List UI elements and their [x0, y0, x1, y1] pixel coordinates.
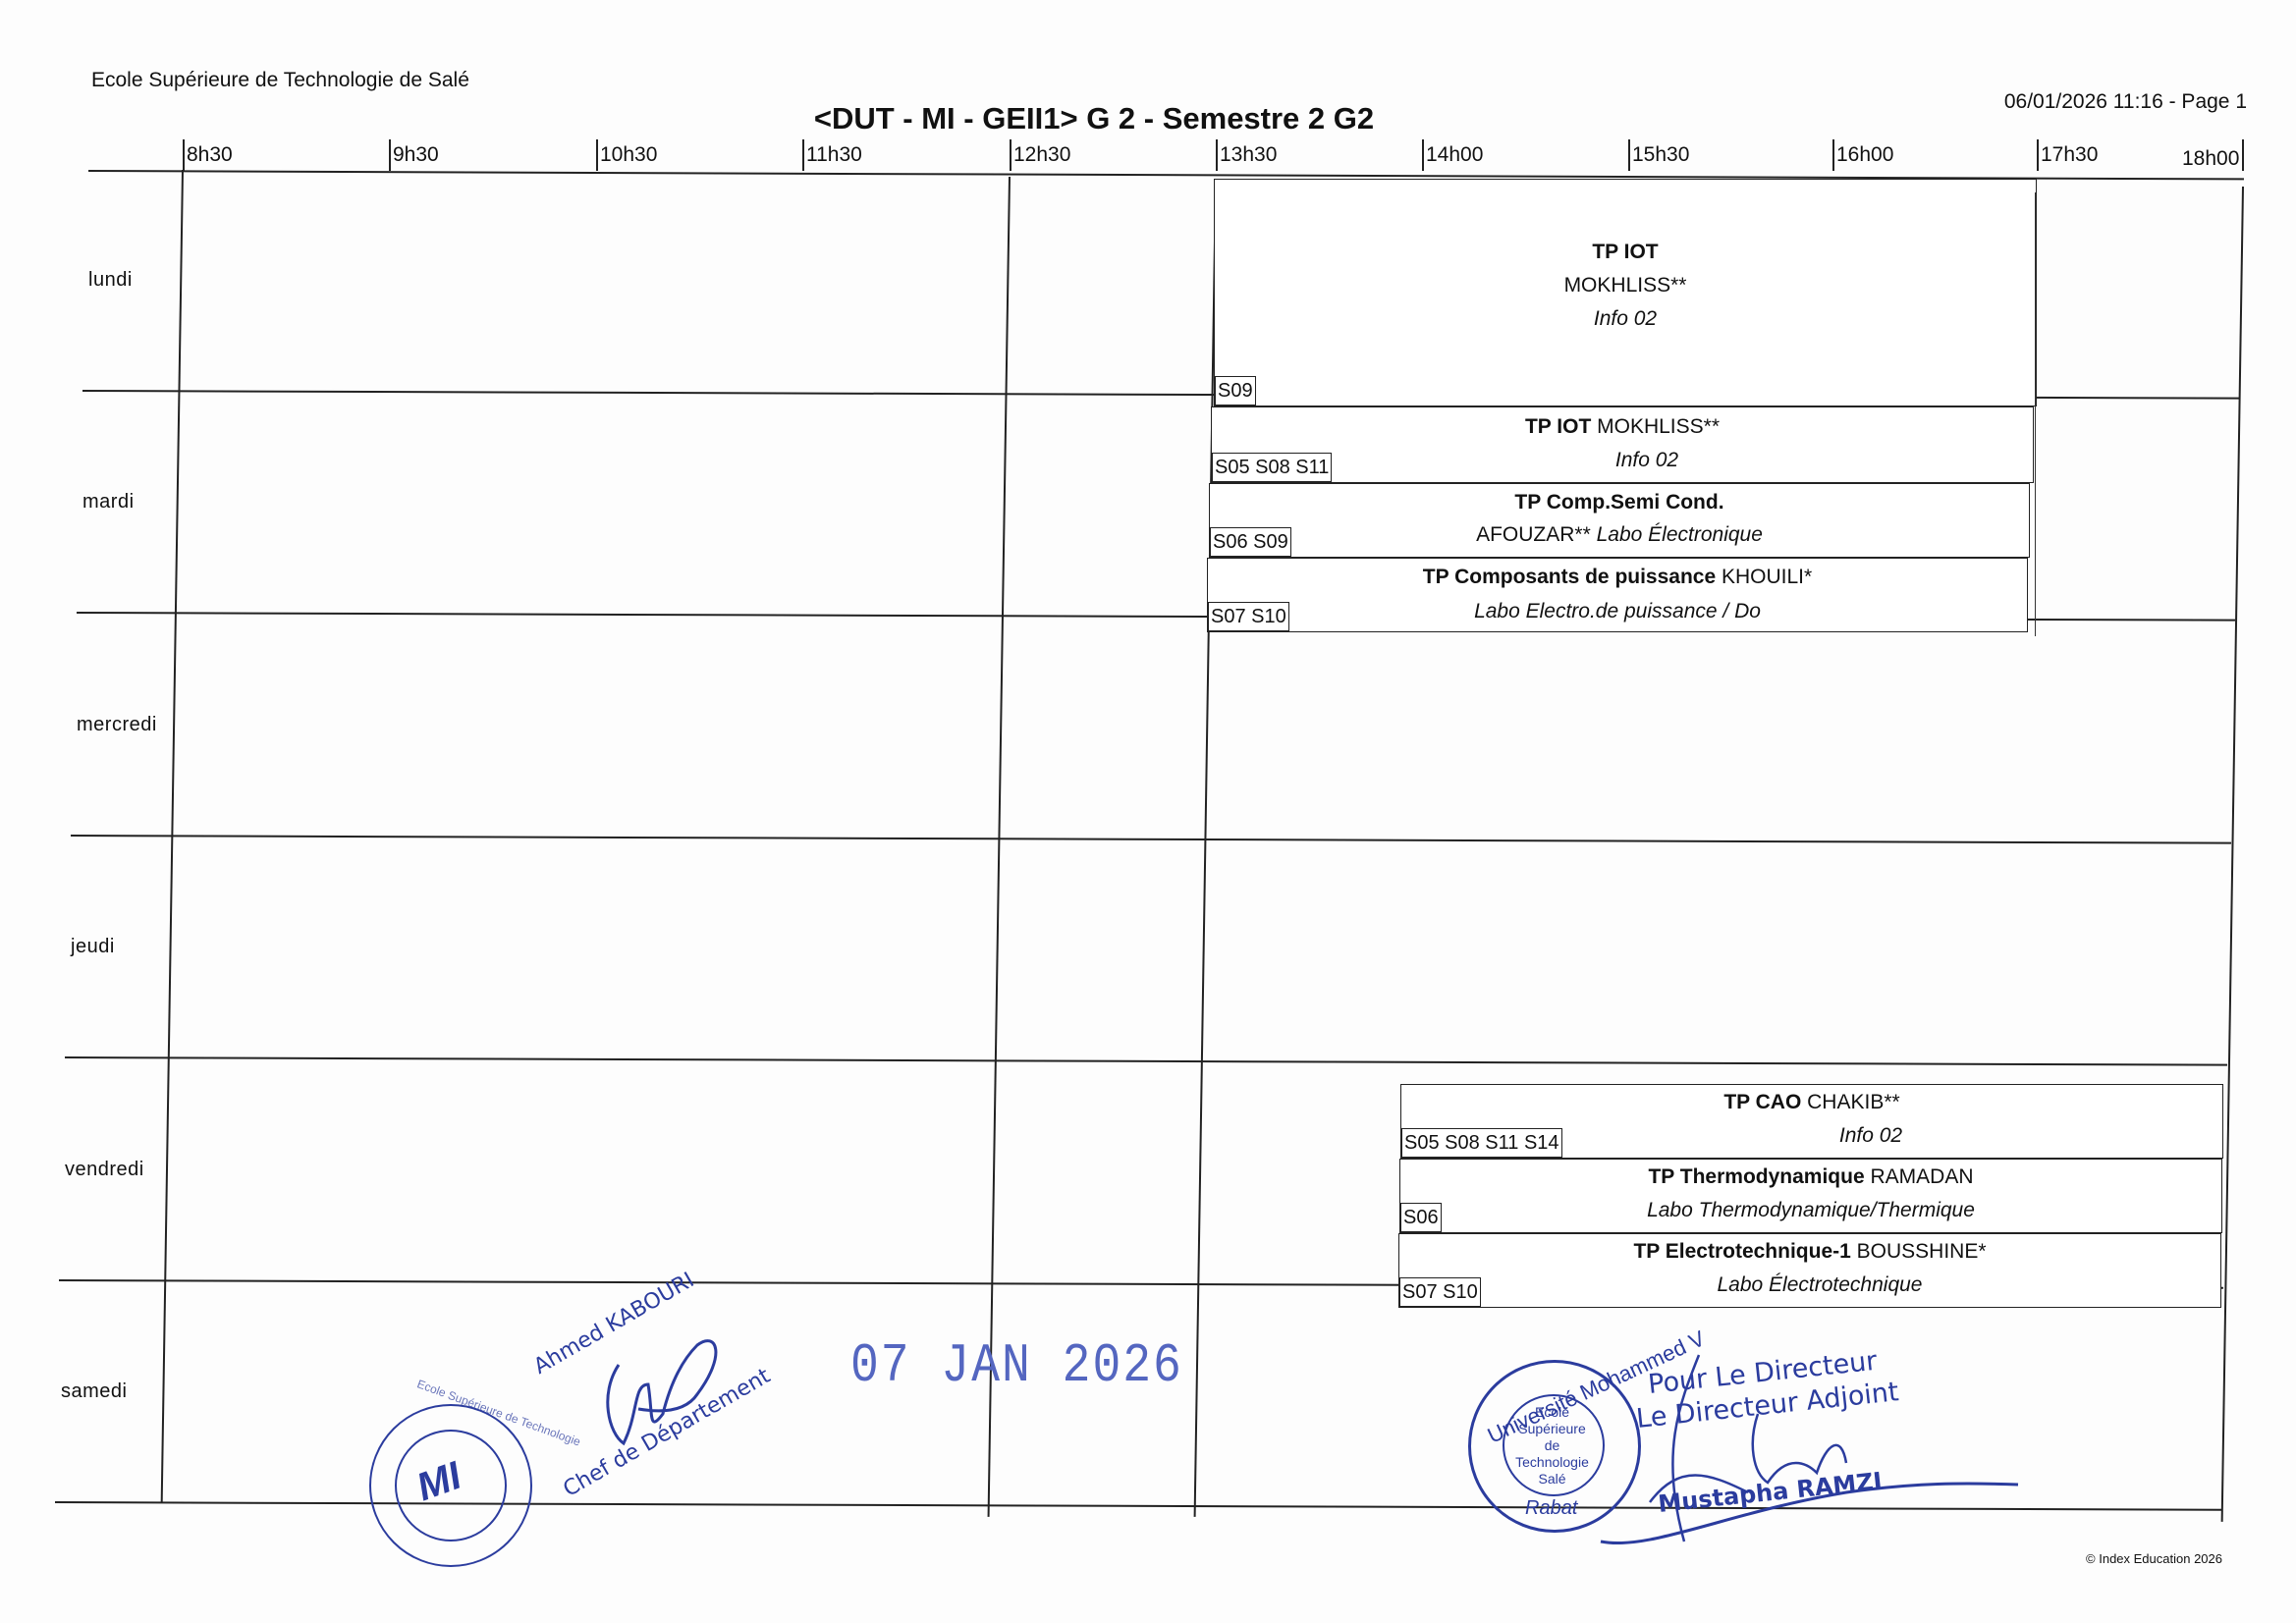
time-label: 16h00 [1832, 143, 1893, 167]
day-label-lundi: lundi [88, 269, 133, 292]
time-label: 11h30 [802, 143, 862, 167]
session-course: TP Comp.Semi Cond. [1210, 491, 2029, 514]
day-label-jeudi: jeudi [71, 936, 115, 958]
day-label-samedi: samedi [61, 1380, 127, 1403]
session-course: TP IOT [1525, 415, 1591, 438]
session-weeks: S09 [1215, 376, 1256, 406]
copyright: © Index Education 2026 [2086, 1551, 2222, 1566]
session-teacher: BOUSSHINE* [1857, 1240, 1987, 1263]
session-weeks: S05 S08 S11 S14 [1401, 1128, 1562, 1158]
time-label: 15h30 [1628, 143, 1689, 167]
day-label-vendredi: vendredi [65, 1159, 144, 1181]
school-name: Ecole Supérieure de Technologie de Salé [91, 69, 469, 92]
session-teacher: CHAKIB** [1807, 1091, 1900, 1113]
print-date-page: 06/01/2026 11:16 - Page 1 [2004, 90, 2247, 114]
session-weeks: S06 S09 [1210, 527, 1291, 557]
day-label-mercredi: mercredi [77, 714, 157, 736]
timetable-title: <DUT - MI - GEII1> G 2 - Semestre 2 G2 [0, 101, 2242, 136]
session-weeks: S06 [1400, 1203, 1442, 1232]
univ-seal-bottom: Rabat [1525, 1497, 1577, 1520]
time-label: 9h30 [389, 143, 439, 167]
time-label: 13h30 [1216, 143, 1277, 167]
session-room: Labo Électrotechnique [1399, 1273, 2220, 1297]
session-teacher: MOKHLISS** [1597, 415, 1720, 438]
session-teacher-room-line: AFOUZAR** Labo Électronique [1210, 523, 2029, 547]
seal-line: Technologie [1505, 1454, 1599, 1471]
session-room: Info 02 [1212, 449, 2033, 472]
session-block-vendredi-3[interactable]: TP Electrotechnique-1 BOUSSHINE* Labo Él… [1398, 1233, 2221, 1308]
session-block-vendredi-2[interactable]: TP Thermodynamique RAMADAN Labo Thermody… [1399, 1159, 2222, 1233]
session-room: Info 02 [1215, 307, 2036, 331]
time-label: 14h00 [1422, 143, 1483, 167]
session-teacher: AFOUZAR** [1476, 523, 1591, 546]
session-room: Labo Électronique [1597, 523, 1763, 546]
session-course: TP Electrotechnique-1 [1633, 1240, 1850, 1263]
session-title-line: TP Composants de puissance KHOUILI* [1208, 566, 2027, 589]
session-weeks: S05 S08 S11 [1212, 453, 1332, 482]
session-weeks: S07 S10 [1399, 1277, 1481, 1307]
session-teacher: MOKHLISS** [1215, 274, 2036, 298]
session-block-vendredi-1[interactable]: TP CAO CHAKIB** Info 02 S05 S08 S11 S14 [1400, 1084, 2223, 1159]
time-label: 17h30 [2037, 143, 2098, 167]
session-block-mardi-1[interactable]: TP IOT MOKHLISS** Info 02 S05 S08 S11 [1211, 406, 2034, 483]
time-label: 8h30 [183, 143, 233, 167]
session-room: Labo Thermodynamique/Thermique [1400, 1199, 2221, 1222]
session-room: Labo Electro.de puissance / Do [1208, 600, 2027, 623]
session-title-line: TP Thermodynamique RAMADAN [1400, 1165, 2221, 1189]
session-block-mardi-3[interactable]: TP Composants de puissance KHOUILI* Labo… [1207, 558, 2028, 632]
session-course: TP Composants de puissance [1423, 566, 1716, 588]
session-title-line: TP IOT MOKHLISS** [1212, 415, 2033, 439]
session-block-mardi-2[interactable]: TP Comp.Semi Cond. AFOUZAR** Labo Électr… [1209, 483, 2030, 558]
date-stamp: 07 JAN 2026 [850, 1336, 1183, 1397]
session-block-lundi-1[interactable]: TP IOT MOKHLISS** Info 02 S09 [1214, 179, 2037, 406]
session-course: TP IOT [1215, 241, 2036, 264]
session-teacher: RAMADAN [1870, 1165, 1973, 1188]
session-title-line: TP CAO CHAKIB** [1401, 1091, 2222, 1114]
time-label: 18h00 [2178, 147, 2239, 171]
time-label: 10h30 [596, 143, 657, 167]
seal-line: de [1505, 1437, 1599, 1454]
day-label-mardi: mardi [82, 491, 135, 514]
seal-line: Salé [1505, 1471, 1599, 1488]
session-weeks: S07 S10 [1208, 602, 1289, 631]
director-signature-icon [1591, 1345, 2033, 1561]
time-label: 12h30 [1010, 143, 1070, 167]
session-course: TP CAO [1723, 1091, 1801, 1113]
session-course: TP Thermodynamique [1648, 1165, 1864, 1188]
session-title-line: TP Electrotechnique-1 BOUSSHINE* [1399, 1240, 2220, 1264]
session-teacher: KHOUILI* [1722, 566, 1812, 588]
